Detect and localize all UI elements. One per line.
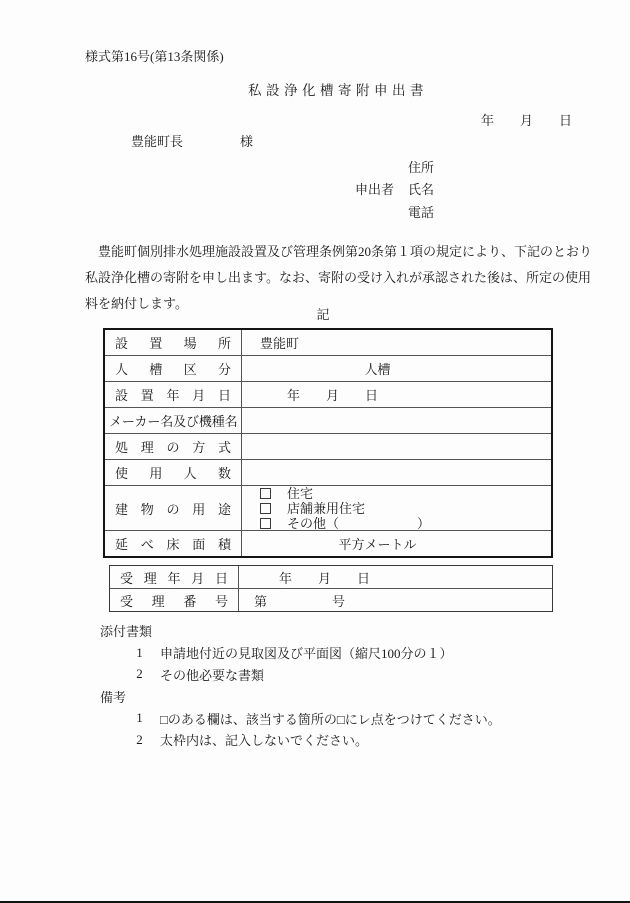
- row-label-cell: 設置場所: [105, 330, 242, 355]
- option-label: その他（ ）: [287, 516, 430, 531]
- item-text: 太枠内は、記入しないでください。: [160, 730, 368, 749]
- reception-table: 受理年月日 年 月 日 受理番号 第 号: [109, 565, 553, 612]
- row-label-cell: 使用人数: [105, 460, 242, 485]
- row-label: メーカー名及び機種名: [109, 411, 237, 430]
- row-value-cell: 年 月 日: [242, 382, 551, 407]
- attachment-item: 2 その他必要な書類: [100, 664, 560, 686]
- table-row-reception-number: 受理番号 第 号: [110, 588, 552, 611]
- application-table: 設置場所 豊能町 人槽区分 人槽 設置年月日 年 月 日 メーカー名及び機種名 …: [103, 328, 553, 558]
- applicant-name-label: 氏名: [408, 179, 434, 198]
- item-text: その他必要な書類: [160, 665, 264, 684]
- applicant-phone-label: 電話: [408, 202, 434, 221]
- table-row-total-floor-area: 延べ床面積 平方メートル: [105, 530, 551, 556]
- building-use-option-house: 住宅: [260, 486, 313, 501]
- row-value-cell: 人槽: [242, 356, 551, 381]
- item-text: □のある欄は、該当する箇所の□にレ点をつけてください。: [160, 709, 501, 728]
- item-number: 1: [133, 645, 146, 661]
- table-row-number-of-users: 使用人数: [105, 459, 551, 485]
- applicant-role-label: 申出者: [355, 179, 408, 198]
- form-number: 様式第16号(第13条関係): [85, 46, 224, 65]
- addressee-line: 豊能町長 様: [131, 131, 253, 150]
- document-page: 様式第16号(第13条関係) 私設浄化槽寄附申出書 年 月 日 豊能町長 様 住…: [0, 0, 630, 903]
- addressee-gap: [183, 131, 240, 150]
- addressee-honorific: 様: [240, 131, 253, 150]
- ki-label: 記: [85, 304, 561, 323]
- row-value-cell: [242, 460, 551, 485]
- applicant-block: 住所 申出者 氏名 電話: [355, 155, 434, 223]
- attachment-item: 1 申請地付近の見取図及び平面図（縮尺100分の１）: [100, 642, 560, 664]
- applicant-name-row: 申出者 氏名: [355, 178, 434, 201]
- item-text: 申請地付近の見取図及び平面図（縮尺100分の１）: [160, 643, 453, 662]
- row-label-cell: 建物の用途: [105, 486, 242, 530]
- row-label-cell: 受理年月日: [110, 566, 239, 588]
- checkbox-icon: [260, 518, 271, 529]
- notes-title: 備考: [100, 685, 560, 707]
- item-number: 1: [133, 710, 146, 726]
- row-label-cell: 処理の方式: [105, 434, 242, 459]
- document-title: 私設浄化槽寄附申出書: [248, 79, 428, 99]
- table-row-reception-date: 受理年月日 年 月 日: [110, 566, 552, 588]
- row-value-cell: 年 月 日: [239, 566, 552, 588]
- row-label: 人槽区分: [115, 359, 231, 378]
- row-label-cell: 延べ床面積: [105, 531, 242, 556]
- row-label-cell: 人槽区分: [105, 356, 242, 381]
- applicant-address-row: 住所: [355, 155, 434, 178]
- checkbox-icon: [260, 503, 271, 514]
- table-row-tank-capacity: 人槽区分 人槽: [105, 355, 551, 381]
- attachments-title: 添付書類: [100, 620, 560, 642]
- paragraph-line: 私設浄化槽の寄附を申し出ます。なお、寄附の受け入れが承認された後は、所定の使用: [85, 265, 553, 291]
- row-label: 設置場所: [115, 333, 231, 352]
- building-use-option-shop-house: 店舗兼用住宅: [260, 501, 365, 516]
- row-value-cell: [242, 434, 551, 459]
- row-label-cell: メーカー名及び機種名: [105, 408, 242, 433]
- applicant-address-label: 住所: [408, 157, 434, 176]
- row-value-cell: 住宅 店舗兼用住宅 その他（ ）: [242, 486, 551, 530]
- table-row-maker-model: メーカー名及び機種名: [105, 407, 551, 433]
- item-number: 2: [133, 732, 146, 748]
- addressee-name: 豊能町長: [131, 131, 183, 150]
- table-row-treatment-method: 処理の方式: [105, 433, 551, 459]
- note-item: 1 □のある欄は、該当する箇所の□にレ点をつけてください。: [100, 707, 560, 729]
- option-label: 店舗兼用住宅: [287, 501, 365, 516]
- row-label: 設置年月日: [115, 385, 231, 404]
- checkbox-icon: [260, 488, 271, 499]
- row-value-cell: 豊能町: [242, 330, 551, 355]
- row-label-cell: 設置年月日: [105, 382, 242, 407]
- date-line: 年 月 日: [481, 110, 572, 129]
- building-use-option-other: その他（ ）: [260, 516, 430, 531]
- table-row-building-use: 建物の用途 住宅 店舗兼用住宅 その他（ ）: [105, 485, 551, 530]
- row-label: 建物の用途: [115, 499, 231, 518]
- footnotes-section: 添付書類 1 申請地付近の見取図及び平面図（縮尺100分の１） 2 その他必要な…: [100, 620, 560, 751]
- table-row-installation-date: 設置年月日 年 月 日: [105, 381, 551, 407]
- row-label: 処理の方式: [115, 437, 231, 456]
- row-label: 延べ床面積: [115, 534, 231, 553]
- row-value-cell: 第 号: [239, 589, 552, 611]
- option-label: 住宅: [287, 486, 313, 501]
- row-label: 受理番号: [120, 591, 228, 610]
- item-number: 2: [133, 666, 146, 682]
- table-row-installation-place: 設置場所 豊能町: [105, 330, 551, 355]
- row-value-cell: 平方メートル: [242, 531, 551, 556]
- paragraph-line: 豊能町個別排水処理施設設置及び管理条例第20条第１項の規定により、下記のとおり: [85, 239, 553, 265]
- applicant-phone-row: 電話: [355, 200, 434, 223]
- note-item: 2 太枠内は、記入しないでください。: [100, 729, 560, 751]
- row-label: 受理年月日: [120, 568, 228, 587]
- row-label-cell: 受理番号: [110, 589, 239, 611]
- row-label: 使用人数: [115, 463, 231, 482]
- row-value-cell: [242, 408, 551, 433]
